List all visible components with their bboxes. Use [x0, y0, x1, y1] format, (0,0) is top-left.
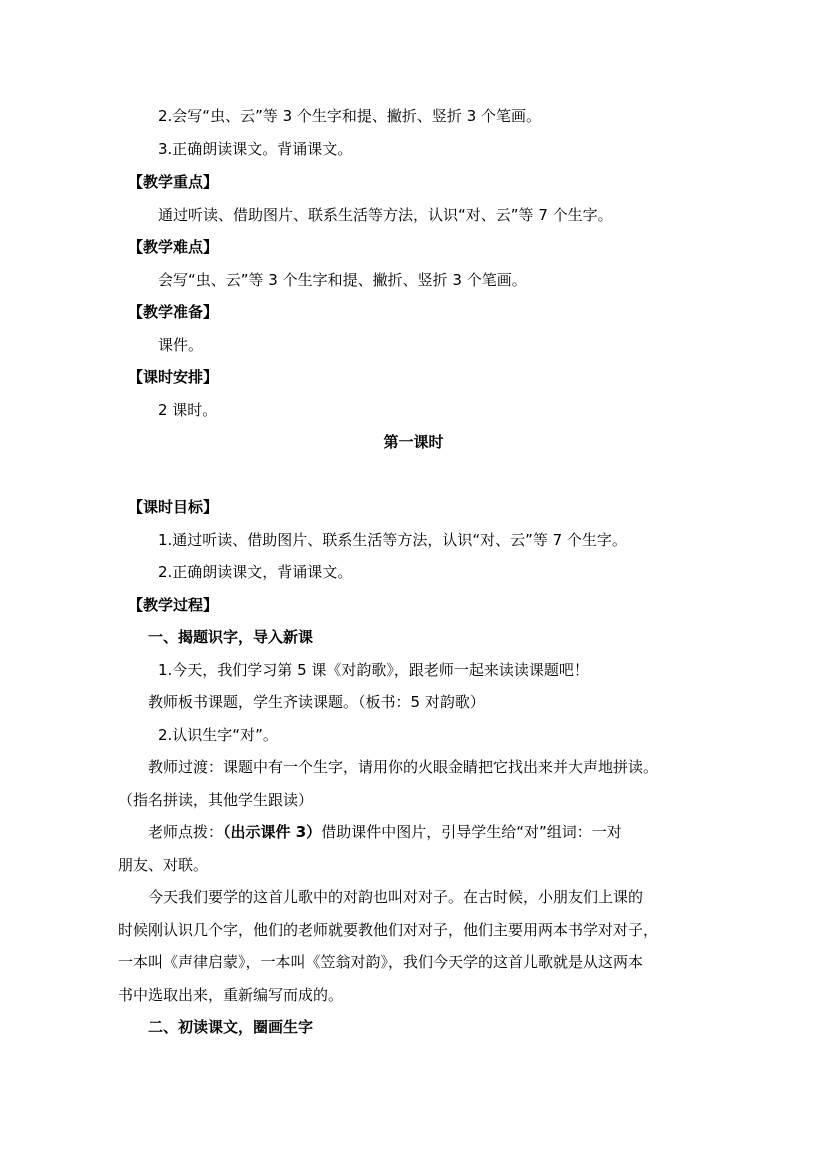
teacher-hint: 老师点拨：（出示课件 3）借助课件中图片，引导学生给“对”组词：一对	[148, 822, 622, 842]
teacher-transition-cont: （指名拼读，其他学生跟读）	[118, 790, 313, 810]
step-1-board: 教师板书课题，学生齐读课题。（板书：5 对韵歌）	[148, 692, 485, 712]
teacher-transition: 教师过渡：课题中有一个生字，请用你的火眼金睛把它找出来并大声地拼读。	[148, 757, 658, 777]
step-1-item-1: 1.今天，我们学习第 5 课《对韵歌》，跟老师一起来读读课题吧！	[158, 660, 589, 680]
lesson-goal-1: 1.通过听读、借助图片、联系生活等方法，认识“对、云”等 7 个生字。	[158, 530, 627, 550]
heading-lesson-goals: 【课时目标】	[128, 497, 218, 517]
objective-3: 3.正确朗读课文。背诵课文。	[158, 139, 352, 159]
paragraph-line-4: 书中选取出来，重新编写而成的。	[118, 985, 343, 1005]
preparation-text: 课件。	[158, 335, 203, 355]
key-points-text: 通过听读、借助图片、联系生活等方法，认识“对、云”等 7 个生字。	[158, 205, 613, 225]
lesson-goal-2: 2.正确朗读课文，背诵课文。	[158, 562, 352, 582]
paragraph-line-1: 今天我们要学的这首儿歌中的对韵也叫对对子。在古时候，小朋友们上课的	[148, 887, 643, 907]
courseware-ref: （出示课件 3）	[223, 823, 321, 841]
heading-key-points: 【教学重点】	[128, 172, 218, 192]
section-title-first-lesson: 第一课时	[0, 432, 827, 452]
paragraph-line-3: 一本叫《声律启蒙》，一本叫《笠翁对韵》，我们今天学的这首儿歌就是从这两本	[118, 952, 643, 972]
step-1-item-2: 2.认识生字“对”。	[158, 725, 278, 745]
teacher-hint-prefix: 老师点拨：	[148, 823, 223, 841]
difficulties-text: 会写“虫、云”等 3 个生字和提、撇折、竖折 3 个笔画。	[158, 270, 527, 290]
objective-2: 2.会写“虫、云”等 3 个生字和提、撇折、竖折 3 个笔画。	[158, 106, 541, 126]
schedule-text: 2 课时。	[158, 400, 217, 420]
teacher-hint-suffix: 借助课件中图片，引导学生给“对”组词：一对	[321, 823, 622, 841]
paragraph-line-2: 时候刚认识几个字，他们的老师就要教他们对对子，他们主要用两本书学对对子，	[118, 920, 658, 940]
heading-process: 【教学过程】	[128, 595, 218, 615]
heading-preparation: 【教学准备】	[128, 302, 218, 322]
teacher-hint-cont: 朋友、对联。	[118, 855, 208, 875]
step-2-heading: 二、初读课文，圈画生字	[148, 1017, 313, 1037]
heading-difficulties: 【教学难点】	[128, 237, 218, 257]
step-1-heading: 一、揭题识字，导入新课	[148, 627, 313, 647]
heading-schedule: 【课时安排】	[128, 367, 218, 387]
